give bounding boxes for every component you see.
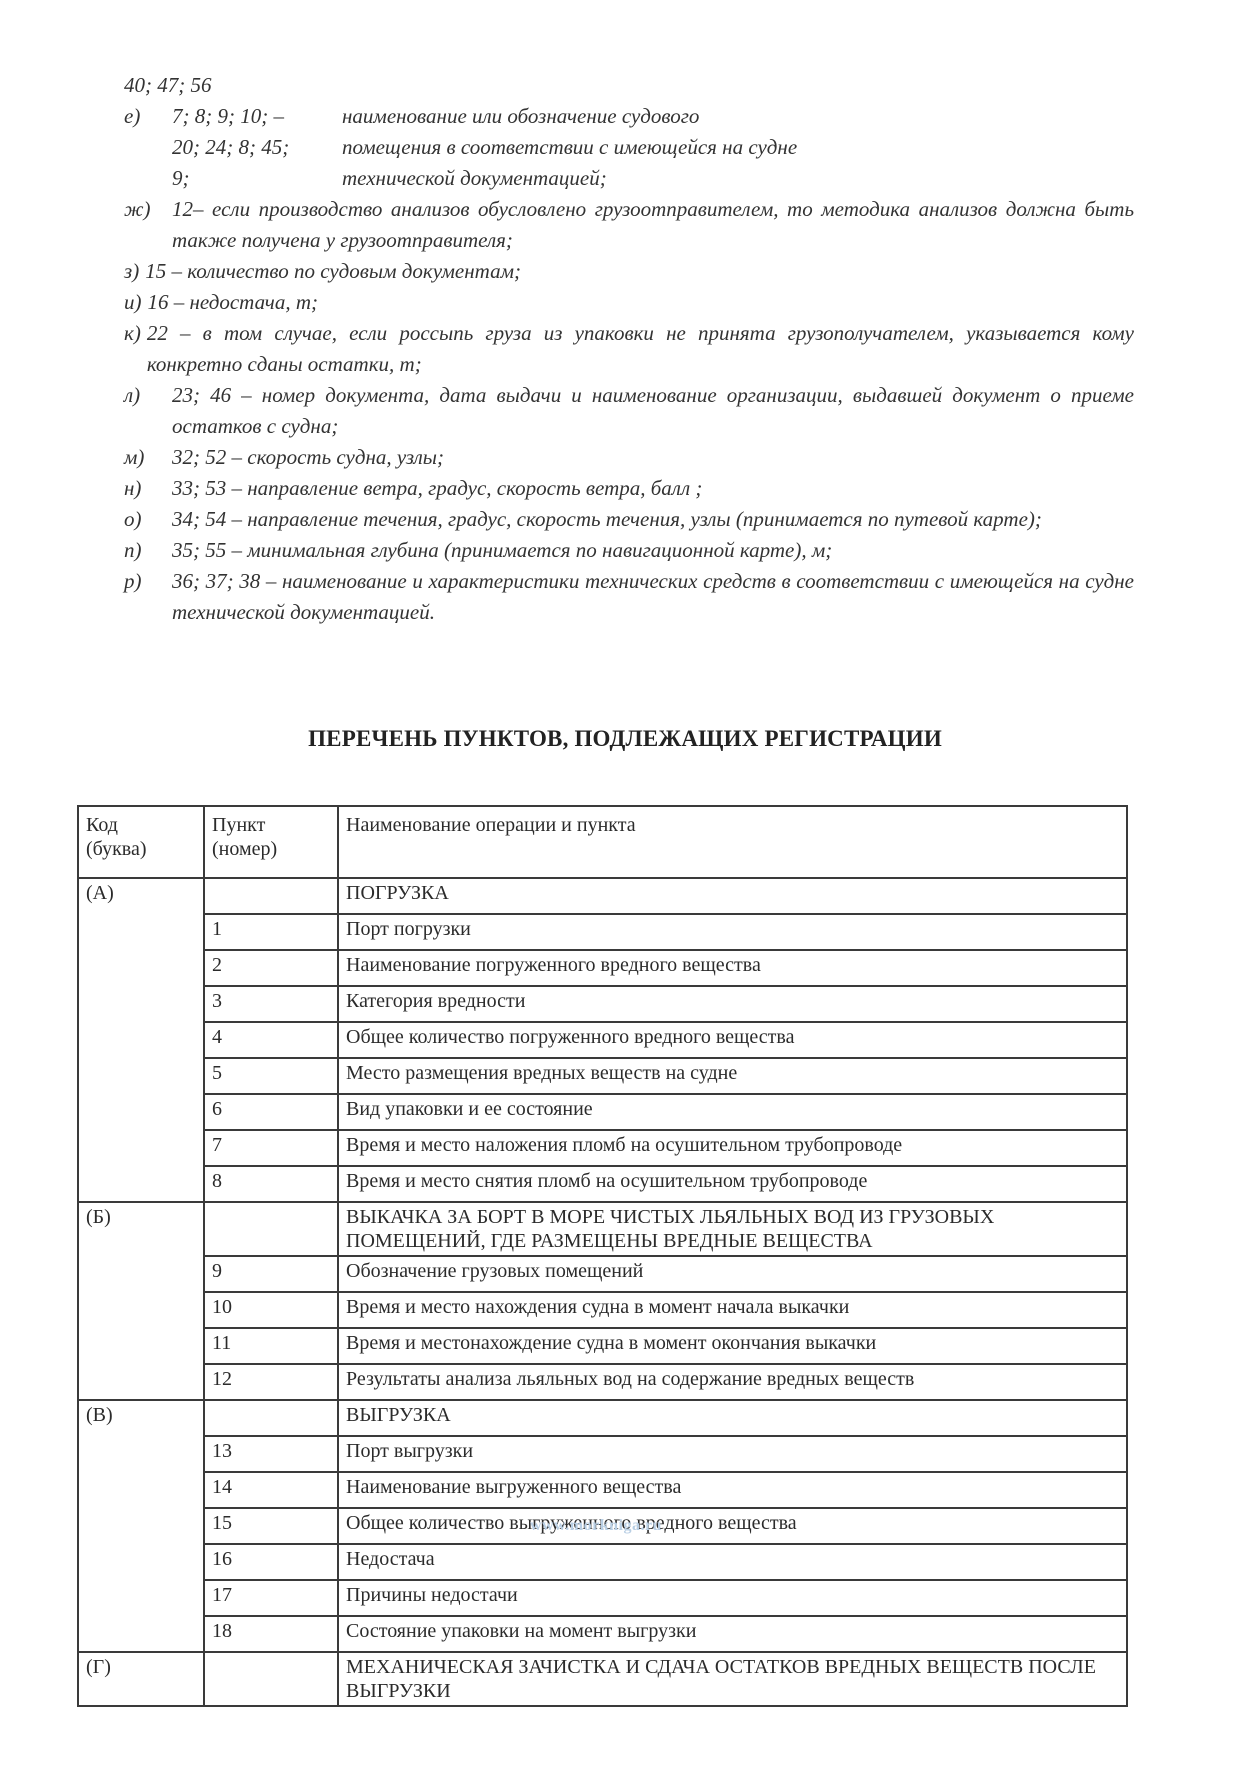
table-header-row: Код(буква) Пункт(номер) Наименование опе…: [78, 806, 1127, 878]
table-section-row: (А)ПОГРУЗКА: [78, 878, 1127, 914]
note-label: к): [124, 318, 141, 380]
cell-code: [78, 1094, 204, 1130]
note-e-text: помещения в соответствии с имеющейся на …: [342, 132, 1134, 163]
cell-item-number: 10: [204, 1292, 338, 1328]
cell-code: [78, 1364, 204, 1400]
cell-operation-name: ВЫГРУЗКА: [338, 1400, 1127, 1436]
header-item-number: Пункт(номер): [204, 806, 338, 878]
cell-operation-name: Результаты анализа льяльных вод на содер…: [338, 1364, 1127, 1400]
note-item: л)23; 46 – номер документа, дата выдачи …: [124, 380, 1134, 442]
cell-operation-name: ВЫКАЧКА ЗА БОРТ В МОРЕ ЧИСТЫХ ЛЬЯЛЬНЫХ В…: [338, 1202, 1127, 1256]
cell-item-number: 1: [204, 914, 338, 950]
registration-table: Код(буква) Пункт(номер) Наименование опе…: [77, 805, 1128, 1707]
table-row: 8Время и место снятия пломб на осушитель…: [78, 1166, 1127, 1202]
table-row: 14Наименование выгруженного вещества: [78, 1472, 1127, 1508]
cell-item-number: 2: [204, 950, 338, 986]
cell-operation-name: Время и место снятия пломб на осушительн…: [338, 1166, 1127, 1202]
note-text: 22 – в том случае, если россыпь груза из…: [147, 318, 1134, 380]
table-row: 2Наименование погруженного вредного веще…: [78, 950, 1127, 986]
cell-code: [78, 914, 204, 950]
cell-item-number: 3: [204, 986, 338, 1022]
cell-operation-name: Вид упаковки и ее состояние: [338, 1094, 1127, 1130]
note-label: л): [124, 380, 172, 442]
table-row: 9Обозначение грузовых помещений: [78, 1256, 1127, 1292]
cell-code: [78, 1130, 204, 1166]
cell-operation-name: Порт выгрузки: [338, 1436, 1127, 1472]
note-item: и)16 – недостача, т;: [124, 287, 1134, 318]
note-top-line: 40; 47; 56: [124, 70, 1134, 101]
cell-operation-name: Время и место нахождения судна в момент …: [338, 1292, 1127, 1328]
cell-operation-name: Причины недостачи: [338, 1580, 1127, 1616]
table-row: 16Недостача: [78, 1544, 1127, 1580]
note-text: 23; 46 – номер документа, дата выдачи и …: [172, 380, 1134, 442]
note-label: р): [124, 566, 172, 628]
note-label: о): [124, 504, 172, 535]
table-section-row: (В)ВЫГРУЗКА: [78, 1400, 1127, 1436]
table-row: 1Порт погрузки: [78, 914, 1127, 950]
cell-code: [78, 1292, 204, 1328]
cell-code: [78, 1166, 204, 1202]
cell-operation-name: Общее количество погруженного вредного в…: [338, 1022, 1127, 1058]
cell-operation-name: ПОГРУЗКА: [338, 878, 1127, 914]
table-row: 17Причины недостачи: [78, 1580, 1127, 1616]
cell-item-number: 16: [204, 1544, 338, 1580]
note-item: о)34; 54 – направление течения, градус, …: [124, 504, 1134, 535]
cell-code: [78, 1616, 204, 1652]
cell-operation-name: Наименование выгруженного вещества: [338, 1472, 1127, 1508]
cell-item-number: 14: [204, 1472, 338, 1508]
table-section-row: (Б)ВЫКАЧКА ЗА БОРТ В МОРЕ ЧИСТЫХ ЛЬЯЛЬНЫ…: [78, 1202, 1127, 1256]
note-label: п): [124, 535, 172, 566]
cell-code: [78, 1508, 204, 1544]
note-items: ж)12– если производство анализов обуслов…: [124, 194, 1134, 628]
cell-operation-name: МЕХАНИЧЕСКАЯ ЗАЧИСТКА И СДАЧА ОСТАТКОВ В…: [338, 1652, 1127, 1706]
cell-item-number: 5: [204, 1058, 338, 1094]
header-code: Код(буква): [78, 806, 204, 878]
cell-item-number: 13: [204, 1436, 338, 1472]
table-row: 10Время и место нахождения судна в момен…: [78, 1292, 1127, 1328]
note-e-text: наименование или обозначение судового: [342, 101, 1134, 132]
cell-operation-name: Порт погрузки: [338, 914, 1127, 950]
note-item: п)35; 55 – минимальная глубина (принимае…: [124, 535, 1134, 566]
note-item: н)33; 53 – направление ветра, градус, ск…: [124, 473, 1134, 504]
cell-operation-name: Время и местонахождение судна в момент о…: [338, 1328, 1127, 1364]
note-item: з)15 – количество по судовым документам;: [124, 256, 1134, 287]
note-text: 12– если производство анализов обусловле…: [172, 194, 1134, 256]
cell-code: (В): [78, 1400, 204, 1436]
note-item: м)32; 52 – скорость судна, узлы;: [124, 442, 1134, 473]
note-label: м): [124, 442, 172, 473]
note-e: е) 7; 8; 9; 10; – наименование или обозн…: [124, 101, 1134, 194]
note-label: н): [124, 473, 172, 504]
cell-code: (А): [78, 878, 204, 914]
table-row: 18Состояние упаковки на момент выгрузки: [78, 1616, 1127, 1652]
header-operation-name: Наименование операции и пункта: [338, 806, 1127, 878]
cell-item-number: 11: [204, 1328, 338, 1364]
cell-code: [78, 1058, 204, 1094]
note-e-ref: 20; 24; 8; 45;: [172, 132, 342, 163]
table-row: 4Общее количество погруженного вредного …: [78, 1022, 1127, 1058]
cell-operation-name: Недостача: [338, 1544, 1127, 1580]
cell-operation-name: Общее количество выгруженного вредного в…: [338, 1508, 1127, 1544]
note-item: к)22 – в том случае, если россыпь груза …: [124, 318, 1134, 380]
cell-code: [78, 1436, 204, 1472]
cell-item-number: 6: [204, 1094, 338, 1130]
cell-item-number: 4: [204, 1022, 338, 1058]
cell-item-number: [204, 1400, 338, 1436]
cell-item-number: 9: [204, 1256, 338, 1292]
cell-item-number: [204, 1202, 338, 1256]
note-item: р)36; 37; 38 – наименование и характерис…: [124, 566, 1134, 628]
cell-operation-name: Категория вредности: [338, 986, 1127, 1022]
note-label: и): [124, 287, 142, 318]
cell-operation-name: Состояние упаковки на момент выгрузки: [338, 1616, 1127, 1652]
note-label: ж): [124, 194, 172, 256]
note-e-ref: 9;: [172, 163, 342, 194]
cell-operation-name: Обозначение грузовых помещений: [338, 1256, 1127, 1292]
note-text: 32; 52 – скорость судна, узлы;: [172, 442, 1134, 473]
cell-code: [78, 1256, 204, 1292]
table-row: 7Время и место наложения пломб на осушит…: [78, 1130, 1127, 1166]
note-e-text: технической документацией;: [342, 163, 1134, 194]
cell-operation-name: Время и место наложения пломб на осушите…: [338, 1130, 1127, 1166]
cell-item-number: 15: [204, 1508, 338, 1544]
cell-item-number: 8: [204, 1166, 338, 1202]
table-row: 5Место размещения вредных веществ на суд…: [78, 1058, 1127, 1094]
cell-code: [78, 1328, 204, 1364]
note-text: 35; 55 – минимальная глубина (принимаетс…: [172, 535, 1134, 566]
note-text: 15 – количество по судовым документам;: [145, 256, 1134, 287]
section-title: ПЕРЕЧЕНЬ ПУНКТОВ, ПОДЛЕЖАЩИХ РЕГИСТРАЦИИ: [0, 726, 1250, 752]
cell-item-number: [204, 1652, 338, 1706]
table-row: 13Порт выгрузки: [78, 1436, 1127, 1472]
notes-section: 40; 47; 56 е) 7; 8; 9; 10; – наименовани…: [124, 70, 1134, 628]
cell-operation-name: Место размещения вредных веществ на судн…: [338, 1058, 1127, 1094]
cell-item-number: 12: [204, 1364, 338, 1400]
cell-item-number: 18: [204, 1616, 338, 1652]
cell-code: (Б): [78, 1202, 204, 1256]
note-text: 36; 37; 38 – наименование и характеристи…: [172, 566, 1134, 628]
note-item: ж)12– если производство анализов обуслов…: [124, 194, 1134, 256]
table-row: 3Категория вредности: [78, 986, 1127, 1022]
watermark: www.morkniga.ru: [530, 1517, 662, 1535]
table-section-row: (Г)МЕХАНИЧЕСКАЯ ЗАЧИСТКА И СДАЧА ОСТАТКО…: [78, 1652, 1127, 1706]
cell-code: [78, 1022, 204, 1058]
table-row: 6Вид упаковки и ее состояние: [78, 1094, 1127, 1130]
cell-item-number: 17: [204, 1580, 338, 1616]
cell-code: [78, 950, 204, 986]
note-text: 34; 54 – направление течения, градус, ск…: [172, 504, 1134, 535]
table-row: 12Результаты анализа льяльных вод на сод…: [78, 1364, 1127, 1400]
note-label: з): [124, 256, 139, 287]
note-e-ref: 7; 8; 9; 10; –: [172, 101, 342, 132]
cell-code: [78, 1580, 204, 1616]
cell-operation-name: Наименование погруженного вредного вещес…: [338, 950, 1127, 986]
cell-code: [78, 1472, 204, 1508]
cell-item-number: 7: [204, 1130, 338, 1166]
note-label: е): [124, 101, 172, 132]
cell-code: (Г): [78, 1652, 204, 1706]
cell-code: [78, 986, 204, 1022]
cell-item-number: [204, 878, 338, 914]
note-text: 16 – недостача, т;: [148, 287, 1135, 318]
cell-code: [78, 1544, 204, 1580]
note-text: 33; 53 – направление ветра, градус, скор…: [172, 473, 1134, 504]
table-row: 11Время и местонахождение судна в момент…: [78, 1328, 1127, 1364]
